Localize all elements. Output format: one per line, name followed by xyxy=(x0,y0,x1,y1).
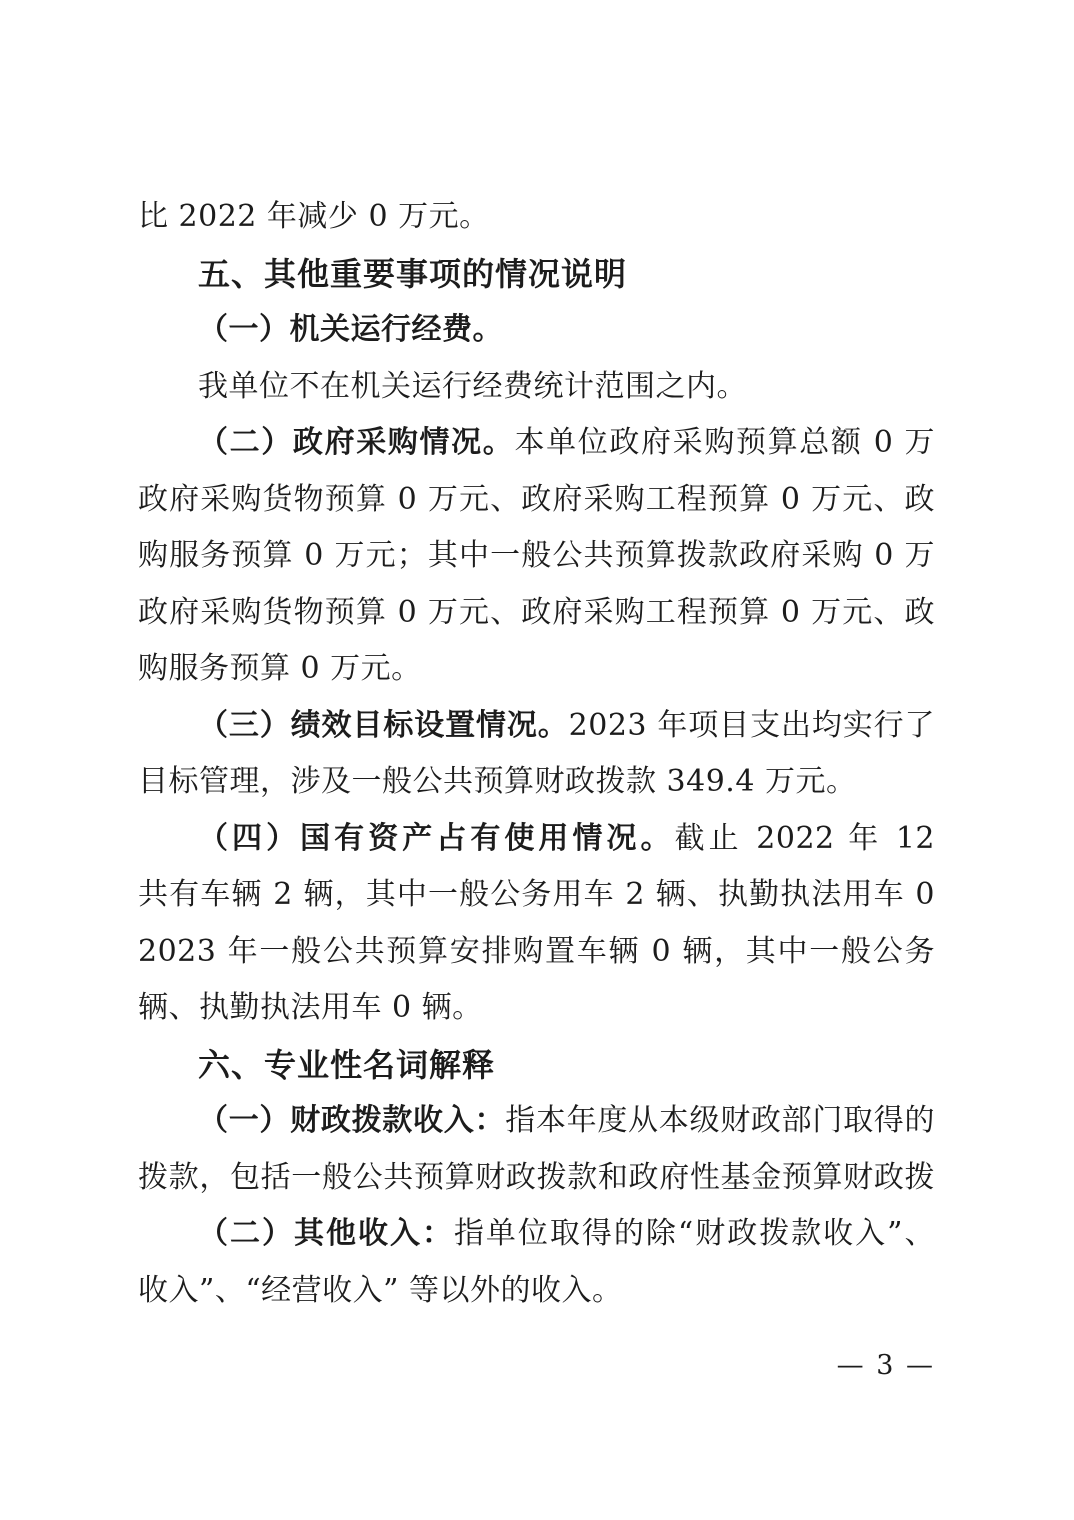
body-text: 拨款，包括一般公共预算财政拨款和政府性基金预算财政拨款。 xyxy=(138,1160,935,1207)
section-heading: 五、其他重要事项的情况说明 xyxy=(138,246,935,303)
text-line: （四）国有资产占有使用情况。截止 2022 年 12 月，本单位 xyxy=(138,811,935,868)
text-line: 政府采购货物预算 0 万元、政府采购工程预算 0 万元、政府采 xyxy=(138,472,935,529)
text-line: 购服务预算 0 万元。 xyxy=(138,641,935,698)
text-line: 我单位不在机关运行经费统计范围之内。 xyxy=(138,359,935,416)
section-heading: 六、专业性名词解释 xyxy=(138,1037,935,1094)
text-line: 拨款，包括一般公共预算财政拨款和政府性基金预算财政拨款。 xyxy=(138,1150,935,1207)
body-text: 购服务预算 0 万元；其中一般公共预算拨款政府采购 0 万元： xyxy=(138,538,935,585)
emphasis-text: （三）绩效目标设置情况。 xyxy=(198,708,569,743)
body-text: 政府采购货物预算 0 万元、政府采购工程预算 0 万元、政府采 xyxy=(138,482,935,529)
text-line: 收入”、“经营收入” 等以外的收入。 xyxy=(138,1263,935,1320)
text-line: （一）机关运行经费。 xyxy=(138,302,935,359)
document-body: 比 2022 年减少 0 万元。五、其他重要事项的情况说明（一）机关运行经费。我… xyxy=(138,189,935,1319)
page-number: — 3 — xyxy=(837,1350,935,1382)
emphasis-text: （二）其他收入： xyxy=(198,1216,454,1251)
text-line: 比 2022 年减少 0 万元。 xyxy=(138,189,935,246)
body-text: 目标管理，涉及一般公共预算财政拨款 349.4 万元。 xyxy=(138,764,856,799)
text-line: 辆、执勤执法用车 0 辆。 xyxy=(138,980,935,1037)
text-line: 政府采购货物预算 0 万元、政府采购工程预算 0 万元、政府采 xyxy=(138,585,935,642)
body-text: 辆、执勤执法用车 0 辆。 xyxy=(138,990,483,1025)
emphasis-text: （四）国有资产占有使用情况。 xyxy=(198,821,675,856)
text-line: 共有车辆 2 辆，其中一般公务用车 2 辆、执勤执法用车 0 辆。 xyxy=(138,867,935,924)
text-line: （三）绩效目标设置情况。2023 年项目支出均实行了绩效 xyxy=(138,698,935,755)
document-page: 比 2022 年减少 0 万元。五、其他重要事项的情况说明（一）机关运行经费。我… xyxy=(0,0,1074,1520)
body-text: 我单位不在机关运行经费统计范围之内。 xyxy=(198,369,747,404)
emphasis-text: 六、专业性名词解释 xyxy=(198,1046,495,1084)
emphasis-text: 五、其他重要事项的情况说明 xyxy=(198,255,627,293)
body-text: 收入”、“经营收入” 等以外的收入。 xyxy=(138,1273,623,1308)
text-line: 目标管理，涉及一般公共预算财政拨款 349.4 万元。 xyxy=(138,754,935,811)
text-line: 购服务预算 0 万元；其中一般公共预算拨款政府采购 0 万元： xyxy=(138,528,935,585)
text-line: （二）其他收入：指单位取得的除“财政拨款收入”、“事业 xyxy=(138,1206,935,1263)
body-text: 2023 年一般公共预算安排购置车辆 0 辆，其中一般公务用车 0 xyxy=(138,934,935,981)
emphasis-text: （一）财政拨款收入： xyxy=(198,1103,505,1138)
body-text: 政府采购货物预算 0 万元、政府采购工程预算 0 万元、政府采 xyxy=(138,595,935,642)
text-line: 2023 年一般公共预算安排购置车辆 0 辆，其中一般公务用车 0 xyxy=(138,924,935,981)
body-text: 购服务预算 0 万元。 xyxy=(138,651,422,686)
body-text: 比 2022 年减少 0 万元。 xyxy=(138,199,490,234)
text-line: （二）政府采购情况。本单位政府采购预算总额 0 万元： xyxy=(138,415,935,472)
emphasis-text: （一）机关运行经费。 xyxy=(198,312,503,347)
text-line: （一）财政拨款收入：指本年度从本级财政部门取得的财政 xyxy=(138,1093,935,1150)
body-text: 共有车辆 2 辆，其中一般公务用车 2 辆、执勤执法用车 0 辆。 xyxy=(138,877,935,924)
emphasis-text: （二）政府采购情况。 xyxy=(198,425,514,460)
